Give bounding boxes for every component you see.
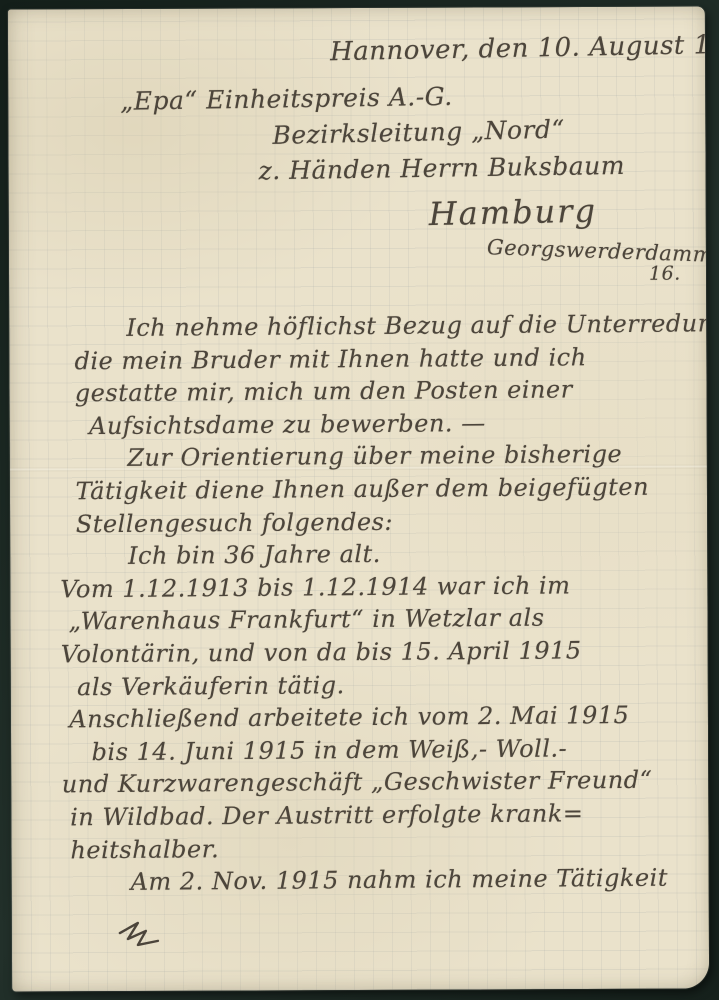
address-company: „Epa“ Einheitspreis A.-G.	[120, 82, 453, 116]
body-line: Tätigkeit diene Ihnen außer dem beigefüg…	[59, 470, 695, 508]
address-attention: z. Händen Herrn Buksbaum	[258, 151, 625, 185]
body-line: als Verkäuferin tätig.	[61, 666, 697, 704]
body-line: „Warenhaus Frankfurt“ in Wetzlar als	[60, 601, 696, 639]
body-line: heitshalber.	[62, 829, 698, 867]
body-line: Vom 1.12.1913 bis 1.12.1914 war ich im	[60, 568, 696, 606]
body-line: Anschließend arbeitete ich vom 2. Mai 19…	[61, 699, 697, 737]
dateline: Hannover, den 10. August 1931.	[330, 29, 709, 67]
address-house-number: 16.	[649, 263, 681, 285]
body-line: Am 2. Nov. 1915 nahm ich meine Tätigkeit	[63, 862, 699, 900]
letter-paper: Hannover, den 10. August 1931. „Epa“ Ein…	[8, 6, 709, 991]
body-line: Stellengesuch folgendes:	[60, 503, 696, 541]
body-line: in Wildbad. Der Austritt erfolgte krank=	[62, 796, 698, 834]
body-line: bis 14. Juni 1915 in dem Weiß,- Woll.-	[61, 731, 697, 769]
photo-background: Hannover, den 10. August 1931. „Epa“ Ein…	[0, 0, 719, 1000]
body-line: Zur Orientierung über meine bisherige	[59, 438, 695, 476]
body-line: Ich nehme höflichst Bezug auf die Unterr…	[58, 307, 694, 345]
address-department: Bezirksleitung „Nord“	[272, 115, 565, 150]
body-line: und Kurzwarengeschäft „Geschwister Freun…	[62, 764, 698, 802]
body-line: die mein Bruder mit Ihnen hatte und ich	[58, 340, 694, 378]
body-line: Ich bin 36 Jahre alt.	[60, 536, 696, 574]
letter-body: Ich nehme höflichst Bezug auf die Unterr…	[58, 307, 699, 899]
body-line: Volontärin, und von da bis 15. April 191…	[61, 633, 697, 671]
body-line: Aufsichtsdame zu bewerben. —	[59, 405, 695, 443]
body-line: gestatte mir, mich um den Posten einer	[59, 373, 695, 411]
pen-squiggle-mark	[116, 917, 180, 961]
address-city: Hamburg	[428, 191, 597, 233]
